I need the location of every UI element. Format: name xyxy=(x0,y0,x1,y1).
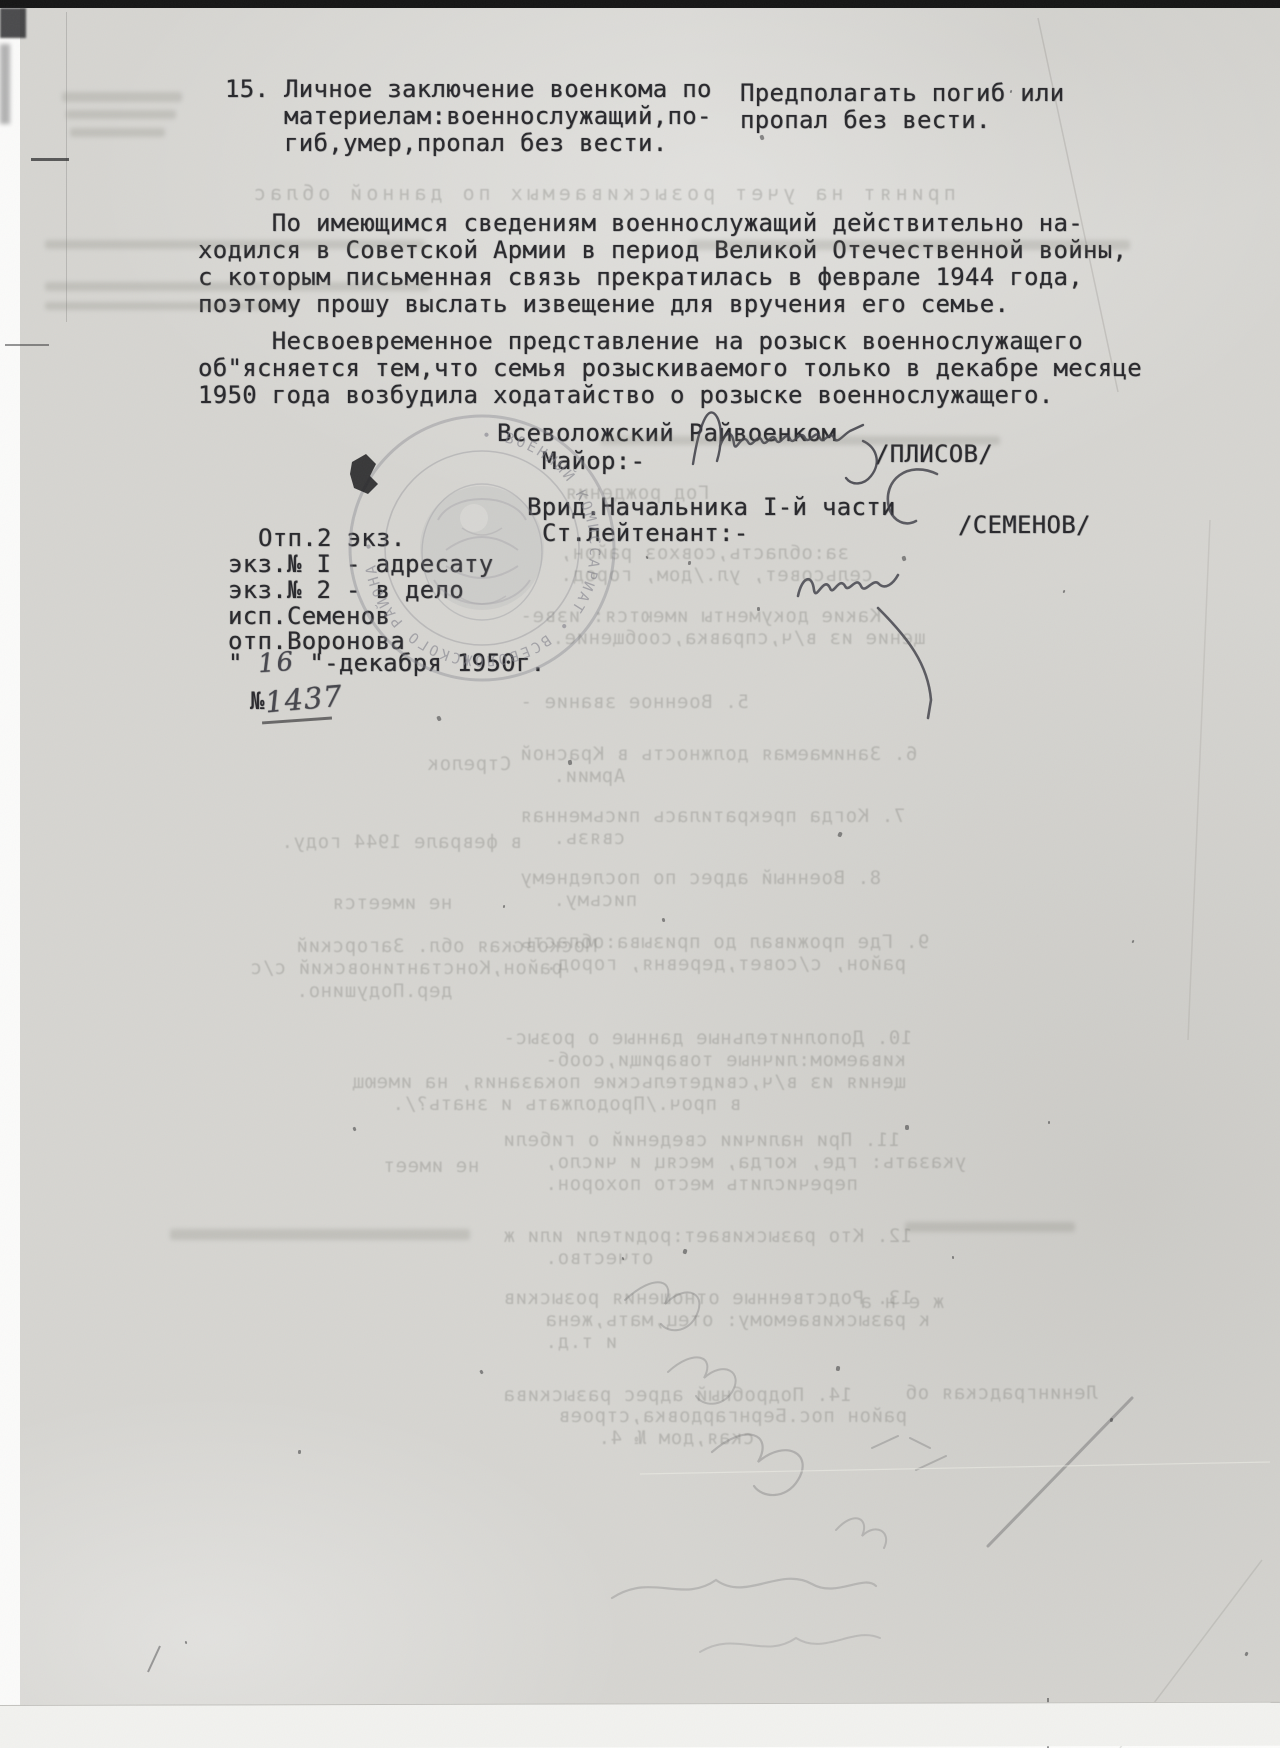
date-day-handwritten: 16 xyxy=(257,649,296,679)
bleedthrough-line: сельсовет, ул./дом, город. xyxy=(560,565,873,586)
bleedthrough-smudge xyxy=(66,110,176,119)
bleedthrough-line: связь. xyxy=(553,828,625,849)
signature-name-plisov: /ПЛИСОВ/ xyxy=(875,441,993,468)
bleedthrough-line: и т.д. xyxy=(545,1332,617,1353)
document-number-line: №1437 xyxy=(250,686,343,715)
bleedthrough-line: к разыскиваемому: отец,мать,жена xyxy=(545,1310,930,1331)
bleedthrough-line: не имеет xyxy=(383,1156,479,1177)
bleedthrough-line: Армии. xyxy=(553,766,625,787)
signature-name-semenov: /СЕМЕНОВ/ xyxy=(958,512,1091,539)
scan-bottom-edge xyxy=(0,1702,1280,1748)
bleedthrough-smudge xyxy=(45,302,295,310)
body-paragraph-1: По имеющимся сведениям военнослужащий де… xyxy=(198,210,1127,318)
scan-speck xyxy=(568,760,573,766)
bleedthrough-line: Какие документы имеются: изве- xyxy=(520,606,881,627)
body-paragraph-2: Несвоевременное представление на розыск … xyxy=(198,328,1142,409)
bleedthrough-line: 6. Занимаемая должность в Красной xyxy=(520,744,917,765)
bleedthrough-line: в феврале 1944 году. xyxy=(281,832,522,853)
bleedthrough-line: за:область,совхоз район, xyxy=(560,543,849,564)
scan-speck xyxy=(1048,1121,1050,1124)
bleedthrough-line: Ленинградская об xyxy=(905,1383,1098,1404)
bleedthrough-smudge xyxy=(905,1222,1075,1232)
bleedthrough-line: Стрелок xyxy=(427,754,511,775)
scan-speck xyxy=(952,1256,954,1259)
bleedthrough-line: письму. xyxy=(553,890,637,911)
bleedthrough-line: щения из в/ч,свидетельские показания, на… xyxy=(352,1072,906,1093)
bleedthrough-line: перечислить место похорон. xyxy=(545,1174,858,1195)
bleedthrough-smudge xyxy=(62,92,182,102)
bleedthrough-smudge xyxy=(70,128,165,137)
scanned-document: 15. Личное заключение военкома по матери… xyxy=(0,0,1280,1748)
bleedthrough-line: ж е н а xyxy=(860,1292,944,1313)
scan-speck xyxy=(662,918,666,922)
pen-dash xyxy=(5,344,49,346)
bleedthrough-smudge xyxy=(600,436,1000,445)
bleedthrough-smudge xyxy=(690,240,1130,250)
pen-dash xyxy=(31,158,69,161)
bleedthrough-line: в проч./Продолжать и знать?/. xyxy=(392,1094,741,1115)
bleedthrough-line: 12. Кто разыскивает:родители или ж xyxy=(503,1226,912,1247)
scan-artifact xyxy=(0,44,10,124)
bleedthrough-line: не имеется xyxy=(332,893,452,914)
bleedthrough-line: ская,дом № 4. xyxy=(598,1428,755,1449)
item-15-question: 15. Личное заключение военкома по матери… xyxy=(225,76,712,157)
bleedthrough-line: 14. Подробный адрес разыскива xyxy=(503,1385,852,1406)
scan-speck xyxy=(298,1450,301,1454)
bleedthrough-line: 7. Когда прекратилась письменная xyxy=(520,806,905,827)
bleedthrough-line: 13. Родственные отношения розыскив xyxy=(503,1288,912,1309)
bleedthrough-line: щение из в/ч,справка,сообщение. xyxy=(552,628,925,649)
bleedthrough-smudge xyxy=(170,1229,470,1240)
bleedthrough-line: 10. Дополнительные данные о розыс- xyxy=(503,1028,912,1049)
fold-line xyxy=(66,12,67,322)
stamp-emblem-fill xyxy=(420,486,544,610)
bleedthrough-line: дер.Подушино. xyxy=(296,981,453,1002)
scan-speck xyxy=(185,1641,188,1644)
item-15-answer: Предполагать погиб или пропал без вести. xyxy=(740,80,1064,134)
bleedthrough-smudge xyxy=(45,240,425,249)
stamp-highlight xyxy=(460,504,488,532)
bleedthrough-line: 8. Военный адрес по последнему xyxy=(520,868,881,889)
document-number-handwritten: 1437 xyxy=(264,683,344,717)
scan-top-edge xyxy=(0,0,1280,8)
scan-left-edge xyxy=(0,8,20,1748)
bleedthrough-line: район,Константиновский с/с xyxy=(250,958,563,979)
bleedthrough-line: киваемом:личные товарищи,сооб- xyxy=(545,1050,906,1071)
date-open-quote: " xyxy=(228,649,258,677)
bleedthrough-line: принят на учет розыскиваемых по данной о… xyxy=(250,183,956,204)
scan-speck xyxy=(905,1125,909,1130)
bleedthrough-line: 5. Военное звание - xyxy=(520,692,749,713)
bleedthrough-line: район, с/совет,деревня, город. xyxy=(545,954,906,975)
number-sign: № xyxy=(250,687,265,715)
scan-artifact xyxy=(0,8,26,38)
bleedthrough-line: район пос.Бернгардовка,строев xyxy=(558,1406,907,1427)
scan-speck xyxy=(757,607,760,611)
bleedthrough-line: указать: где, когда, месяц и число, xyxy=(545,1152,966,1173)
bleedthrough-line: Московская обл. Загорский xyxy=(296,936,597,957)
bleedthrough-smudge xyxy=(45,282,430,291)
bleedthrough-line: отчество. xyxy=(545,1248,653,1269)
bleedthrough-line: Год рождения xyxy=(565,483,709,504)
bleedthrough-line: 11. При наличии сведений о гибели xyxy=(503,1130,900,1151)
